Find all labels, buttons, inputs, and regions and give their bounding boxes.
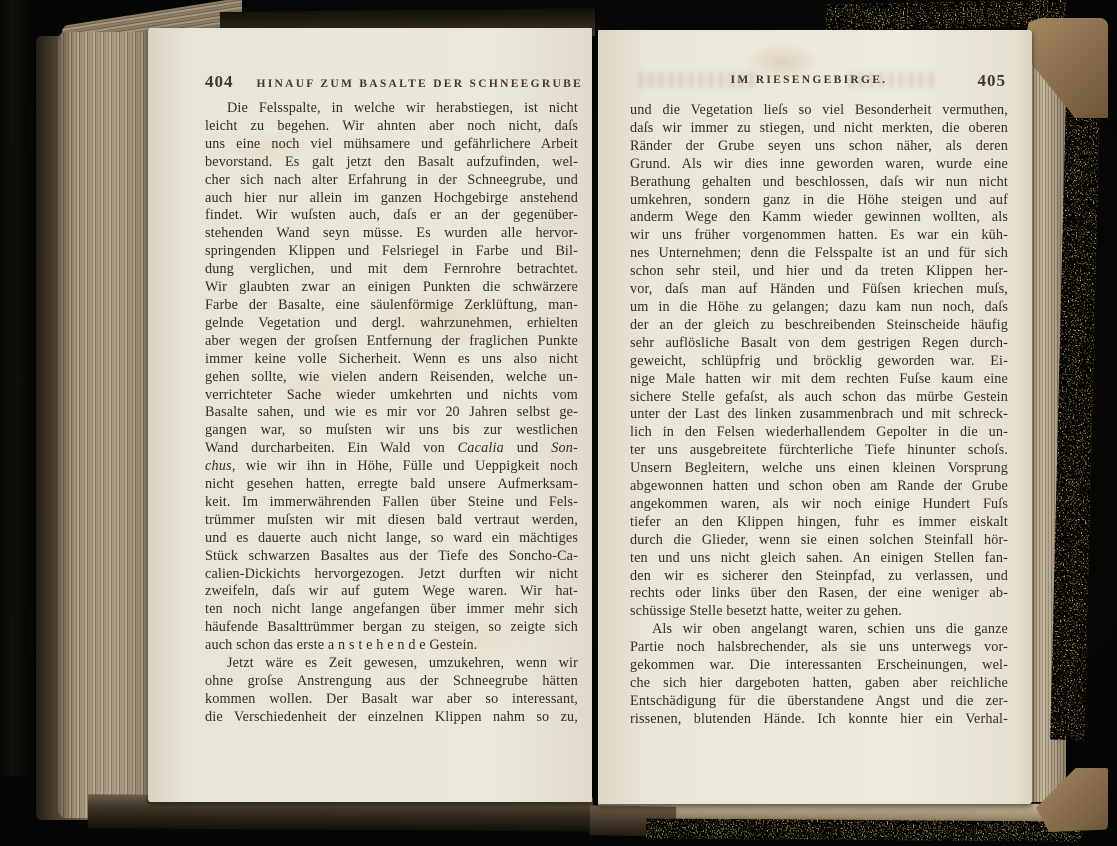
book-page-right: IM RIESENGEBIRGE. 405 und die Vegetation… [598, 30, 1032, 804]
text-line: Jetzt wäre es Zeit gewesen, umzukehren, … [205, 655, 578, 673]
paragraph: und die Vegetation lieſs so viel Besonde… [630, 102, 1008, 621]
text-line: gelnde Vegetation und dergl. wahrzunehme… [205, 315, 578, 333]
text-line: gekommen war. Die interessanten Erschein… [630, 657, 1008, 675]
text-line: vor, daſs man auf Händen und Füſsen krie… [630, 281, 1008, 299]
text-line: durch die Glieder, wenn sie einen solche… [630, 532, 1008, 550]
text-line: ten und uns nicht gleich sahen. An einig… [630, 550, 1008, 568]
paragraph: Als wir oben angelangt waren, schien uns… [630, 621, 1008, 728]
page-number: 405 [978, 71, 1007, 91]
text-line: Berathung gehalten und beschlossen, daſs… [630, 174, 1008, 192]
text-line: trümmer muſsten wir mit diesen bald vert… [205, 512, 578, 530]
page-header: IM RIESENGEBIRGE. 405 [630, 74, 1008, 96]
text-line: ohne groſse Anstrengung aus der Schneegr… [205, 673, 578, 691]
text-line: nige Male hatten wir mit dem rechten Fuſ… [630, 371, 1008, 389]
text-line: Unsern Begleitern, welche uns einen klei… [630, 460, 1008, 478]
text-line: Als wir oben angelangt waren, schien uns… [630, 621, 1008, 639]
paragraph: Jetzt wäre es Zeit gewesen, umzukehren, … [205, 655, 578, 727]
text-line: zweifeln, daſs wir auf gutem Wege waren.… [205, 583, 578, 601]
text-line: geweicht, schlüpfrig und bröcklig geword… [630, 353, 1008, 371]
text-line: bevorstand. Es galt jetzt den Basalt auf… [205, 154, 578, 172]
fore-edge-left [58, 32, 152, 818]
text-line: unter der Last des linken zusammenbrach … [630, 406, 1008, 424]
text-line: und es dauerte auch nicht lange, so ward… [205, 530, 578, 548]
text-line: nicht gesehen hatten, erregte bald unser… [205, 476, 578, 494]
text-line: stehenden Wand seyn müsse. Es wurden all… [205, 225, 578, 243]
text-line: anderm Wege den Kamm wieder gewinnen wol… [630, 209, 1008, 227]
text-line: die Verschiedenheit der einzelnen Klippe… [205, 709, 578, 727]
text-line: calien-Dickichts hervorgezogen. Jetzt du… [205, 566, 578, 584]
text-line: der an der gleich zu beschreibenden Stei… [630, 317, 1008, 335]
text-line: keit. Im immerwährenden Fallen über Stei… [205, 494, 578, 512]
text-line: verrichteter Sache wieder umkehrten und … [205, 387, 578, 405]
text-line: um in die Höhe zu gelangen; dazu kam nun… [630, 299, 1008, 317]
text-line: auch hier nur allein im ganzen Hochgebir… [205, 190, 578, 208]
text-line: lich in den Felsen wiederhallendem Gepol… [630, 424, 1008, 442]
text-line: schüssige Stelle besetzt hatte, weiter z… [630, 603, 1008, 621]
text-line: rissenen, blutenden Hände. Ich konnte hi… [630, 711, 1008, 729]
text-line: auch schon das erste a n s t e h e n d e… [205, 637, 578, 655]
text-line: uns eine noch viel mühsamere und gefährl… [205, 136, 578, 154]
text-line: findet. Wir wuſsten auch, daſs er an der… [205, 207, 578, 225]
book-photo: 404 HINAUF ZUM BASALTE DER SCHNEEGRUBE D… [0, 0, 1117, 846]
text-line: daſs wir immer zu stiegen, und nicht mer… [630, 120, 1008, 138]
text-line: tiefer an den Klippen hingen, fuhr es im… [630, 514, 1008, 532]
text-line: Farbe der Basalte, eine säulenförmige Ze… [205, 297, 578, 315]
text-line: schon sehr steil, und hier und da treten… [630, 263, 1008, 281]
text-line: Partie noch halsbrechender, als sie uns … [630, 639, 1008, 657]
text-line: Die Felsspalte, in welche wir herabstieg… [205, 100, 578, 118]
text-line: rechts oder links über den Rasen, der ei… [630, 585, 1008, 603]
page-number: 404 [205, 72, 234, 92]
text-line: ten noch nicht lange angefangen über imm… [205, 601, 578, 619]
text-line: leicht zu begehen. Wir ahnten aber noch … [205, 118, 578, 136]
text-line: immer keine volle Sicherheit. Wenn es un… [205, 351, 578, 369]
text-line: häufende Basalttrümmer bergan zu steigen… [205, 619, 578, 637]
running-header: HINAUF ZUM BASALTE DER SCHNEEGRUBE [256, 78, 583, 90]
text-line: den wir es sicherer den Steinpfad, zu ve… [630, 568, 1008, 586]
text-line: Grund. Als wir dies inne geworden waren,… [630, 156, 1008, 174]
text-line: chus, wie wir ihn in Höhe, Fülle und Uep… [205, 458, 578, 476]
text-line: Stück schwarzen Basaltes aus der Tiefe d… [205, 548, 578, 566]
running-header: IM RIESENGEBIRGE. [731, 74, 888, 86]
book-page-left: 404 HINAUF ZUM BASALTE DER SCHNEEGRUBE D… [148, 28, 592, 802]
text-line: sichere Stelle gefaſst, als auch schon d… [630, 389, 1008, 407]
text-block: und die Vegetation lieſs so viel Besonde… [630, 102, 1008, 742]
text-line: abgewonnen hatten und schon oben am Rand… [630, 478, 1008, 496]
text-line: angekommen waren, als wir noch einige Hu… [630, 496, 1008, 514]
text-line: gehen sollte, wie vielen andern Reisende… [205, 369, 578, 387]
text-line: kommen wollen. Der Basalt war aber so in… [205, 691, 578, 709]
text-line: Entschädigung für die überstandene Angst… [630, 693, 1008, 711]
text-line: aber wegen der groſsen Entfernung der fr… [205, 333, 578, 351]
text-line: che sich hier dargeboten hatten, gaben a… [630, 675, 1008, 693]
text-line: Ränder der Grube seyen uns schon näher, … [630, 138, 1008, 156]
text-line: Basalte sahen, und wie es mir vor 20 Jah… [205, 404, 578, 422]
text-line: sehr auflösliche Basalt von dem gestrige… [630, 335, 1008, 353]
text-line: cher sich nach alter Erfahrung in der Sc… [205, 172, 578, 190]
text-block: Die Felsspalte, in welche wir herabstieg… [205, 100, 578, 740]
text-line: nes Unternehmen; denn die Felsspalte ist… [630, 245, 1008, 263]
text-line: springenden Klippen und Felsriegel in Fa… [205, 243, 578, 261]
text-line: umkehren, sondern ganz in die Höhe steig… [630, 192, 1008, 210]
text-line: Wir glaubten zwar an einigen Punkten die… [205, 279, 578, 297]
text-line: Wand durcharbeiten. Ein Wald von Cacalia… [205, 440, 578, 458]
text-line: ter uns ausgebreitete fürchterliche Tief… [630, 442, 1008, 460]
text-line: dung verglichen, und mit dem Fernrohre b… [205, 261, 578, 279]
text-line: wir uns früher vorgenommen hatten. Es wa… [630, 227, 1008, 245]
paragraph: Die Felsspalte, in welche wir herabstieg… [205, 100, 578, 655]
page-header: 404 HINAUF ZUM BASALTE DER SCHNEEGRUBE [205, 72, 578, 94]
marbled-board-edge-bottom [646, 818, 1082, 841]
book-gutter-shadow [0, 0, 28, 776]
text-line: und die Vegetation lieſs so viel Besonde… [630, 102, 1008, 120]
text-line: gangen war, so muſsten wir uns bis zur w… [205, 422, 578, 440]
